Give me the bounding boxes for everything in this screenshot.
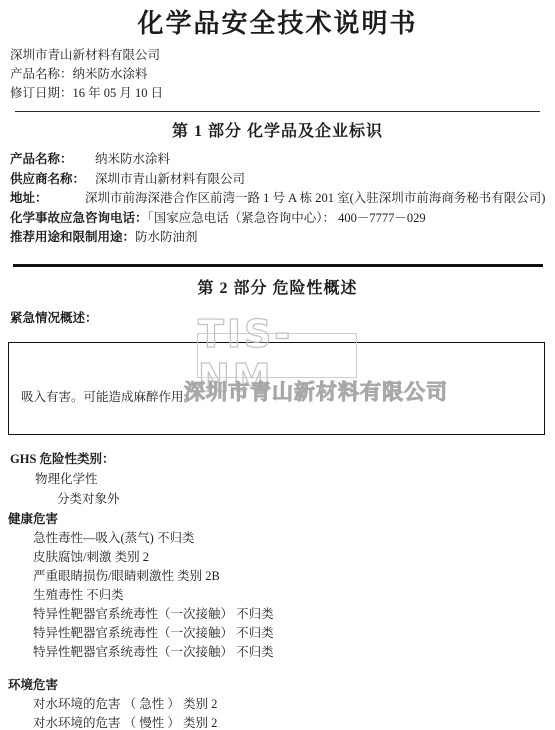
environmental-hazard-item: 对水环境的危害 （ 慢性 ） 类别 2 <box>33 714 555 730</box>
field-address-value: 深圳市前海深港合作区前湾一路 1 号 A 栋 201 室(入驻深圳市前海商务秘书… <box>85 191 545 205</box>
divider-thick <box>13 264 543 267</box>
header-company: 深圳市青山新材料有限公司 <box>10 46 555 65</box>
field-product-name-value: 纳米防水涂料 <box>95 152 170 166</box>
field-supplier: 供应商名称：深圳市青山新材料有限公司 <box>10 170 555 190</box>
section2-title: 第 2 部分 危险性概述 <box>0 279 555 299</box>
field-emergency-phone-label: 化学事故应急咨询电话： <box>10 211 148 225</box>
field-product-name: 产品名称：纳米防水涂料 <box>10 150 555 170</box>
header-revision-line: 修订日期：16 年 05 月 10 日 <box>10 84 555 103</box>
header-product-label: 产品名称： <box>10 67 73 81</box>
physical-chemical-label: 物理化学性 <box>35 469 555 489</box>
health-hazard-item: 特异性靶器官系统毒性（一次接触） 不归类 <box>33 624 555 643</box>
emergency-overview-label: 紧急情况概述： <box>10 309 555 328</box>
field-supplier-value: 深圳市青山新材料有限公司 <box>95 172 245 186</box>
field-emergency-phone: 化学事故应急咨询电话：「国家应急电话（紧急咨询中心）： 400－7777－029 <box>10 209 555 229</box>
field-recommended-use: 推荐用途和限制用途：防水防油剂 <box>10 228 555 248</box>
field-product-name-label: 产品名称： <box>10 150 95 170</box>
header-product-value: 纳米防水涂料 <box>73 67 148 81</box>
health-hazard-item: 生殖毒性 不归类 <box>33 586 555 605</box>
field-address: 地址：深圳市前海深港合作区前湾一路 1 号 A 栋 201 室(入驻深圳市前海商… <box>10 189 555 209</box>
emergency-overview-box: 吸入有害。可能造成麻醉作用。 <box>8 342 545 435</box>
header-revision-label: 修订日期： <box>10 86 73 100</box>
document-title: 化学品安全技术说明书 <box>0 6 555 42</box>
health-hazard-item: 急性毒性—吸入(蒸气) 不归类 <box>33 529 555 548</box>
msds-document-page: 化学品安全技术说明书 深圳市青山新材料有限公司 产品名称：纳米防水涂料 修订日期… <box>0 0 555 730</box>
field-address-label: 地址： <box>10 189 85 209</box>
section1-title: 第 1 部分 化学品及企业标识 <box>0 122 555 142</box>
ghs-classification-block: GHS 危险性类别： 物理化学性 分类对象外 健康危害 急性毒性—吸入(蒸气) … <box>0 449 555 730</box>
environmental-hazard-item: 对水环境的危害 （ 急性 ） 类别 2 <box>33 695 555 714</box>
section1-fields: 产品名称：纳米防水涂料 供应商名称：深圳市青山新材料有限公司 地址：深圳市前海深… <box>10 150 555 248</box>
divider-thin <box>15 111 540 112</box>
header-product-line: 产品名称：纳米防水涂料 <box>10 65 555 84</box>
field-recommended-use-label: 推荐用途和限制用途： <box>10 230 135 244</box>
health-hazard-item: 皮肤腐蚀/刺激 类别 2 <box>33 548 555 567</box>
field-recommended-use-value: 防水防油剂 <box>135 230 198 244</box>
environmental-hazard-label: 环境危害 <box>8 675 555 695</box>
physical-chemical-class: 分类对象外 <box>57 489 555 509</box>
health-hazard-label: 健康危害 <box>8 509 555 529</box>
health-hazard-item: 严重眼睛损伤/眼睛刺激性 类别 2B <box>33 567 555 586</box>
header-revision-value: 16 年 05 月 10 日 <box>73 86 164 100</box>
document-header: 深圳市青山新材料有限公司 产品名称：纳米防水涂料 修订日期：16 年 05 月 … <box>10 46 555 103</box>
ghs-category-label: GHS 危险性类别： <box>10 449 555 469</box>
field-supplier-label: 供应商名称： <box>10 170 95 190</box>
health-hazard-item: 特异性靶器官系统毒性（一次接触） 不归类 <box>33 643 555 662</box>
emergency-overview-text: 吸入有害。可能造成麻醉作用。 <box>21 390 196 404</box>
health-hazard-item: 特异性靶器官系统毒性（一次接触） 不归类 <box>33 605 555 624</box>
field-emergency-phone-value: 「国家应急电话（紧急咨询中心）： 400－7777－029 <box>148 211 426 225</box>
